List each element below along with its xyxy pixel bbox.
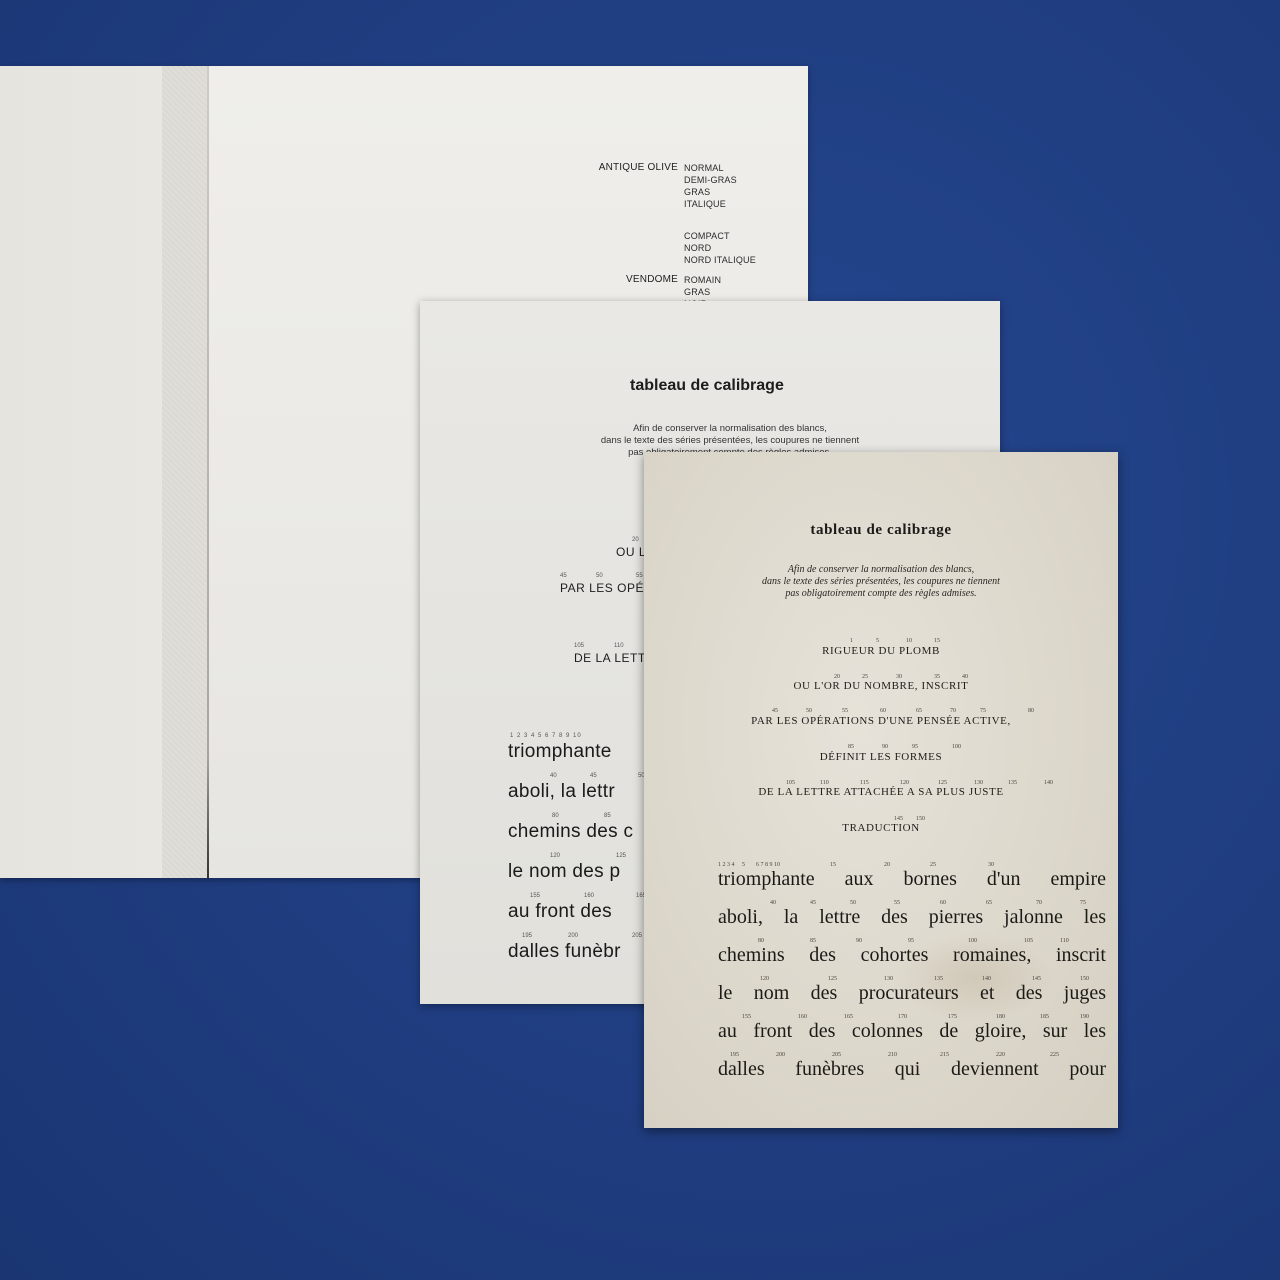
body-line: dalles funèbres qui deviennent pour (718, 1058, 1106, 1081)
count-number: 120 (550, 853, 560, 859)
count-number: 100 (952, 744, 961, 750)
specimen-list: ANTIQUE OLIVE NORMAL DEMI-GRAS GRAS ITAL… (580, 162, 756, 318)
count-number: 60 (880, 708, 886, 714)
count-number: 195 (522, 933, 532, 939)
body-line: dalles funèbr (508, 941, 621, 963)
binding-tape (162, 66, 208, 878)
count-number: 20 (632, 537, 639, 543)
calibration-sheet-serif: tableau de calibrage Afin de conserver l… (644, 452, 1118, 1128)
caps-line: DE LA LETTRE ATTACHÉE A SA PLUS JUSTE (644, 786, 1118, 798)
count-number: 160 (584, 893, 594, 899)
body-line: chemins des cohortes romaines, inscrit (718, 944, 1106, 967)
body-line: le nom des p (508, 861, 620, 883)
style-item: COMPACT (684, 230, 756, 242)
count-number: 75 (980, 708, 986, 714)
caps-line: TRADUCTION (644, 822, 1118, 834)
sheet-title: tableau de calibrage (644, 522, 1118, 539)
body-line: au front des colonnes de gloire, sur les (718, 1020, 1106, 1043)
count-number: 70 (950, 708, 956, 714)
count-number: 55 (842, 708, 848, 714)
body-line: triomphante aux bornes d'un empire (718, 868, 1106, 891)
count-number: 45 (590, 773, 597, 779)
count-number: 55 (636, 573, 643, 579)
count-number: 110 (614, 643, 624, 649)
count-number: 5 (876, 638, 879, 644)
body-line: triomphante (508, 741, 612, 763)
count-number: 125 (616, 853, 626, 859)
caps-line: PAR LES OPÉRATIONS D'UNE PENSÉE ACTIVE, (644, 715, 1118, 727)
count-number: 105 (574, 643, 584, 649)
style-item: NORD ITALIQUE (684, 254, 756, 266)
caps-line: PAR LES OPÉ (560, 581, 644, 595)
style-item: NORD (684, 242, 756, 254)
style-item: DEMI-GRAS (684, 174, 756, 186)
count-number: 200 (568, 933, 578, 939)
intro-line: Afin de conserver la normalisation des b… (460, 423, 1000, 435)
body-line: aboli, la lettre des pierres jalonne les (718, 906, 1106, 929)
count-number: 85 (848, 744, 854, 750)
caps-line: DE LA LETTR (574, 651, 655, 665)
count-number: 205 (632, 933, 642, 939)
count-number: 65 (916, 708, 922, 714)
count-number: 40 (550, 773, 557, 779)
count-number: 10 (906, 638, 912, 644)
specimen-antique-olive: ANTIQUE OLIVE NORMAL DEMI-GRAS GRAS ITAL… (580, 162, 756, 266)
count-number: 1 (850, 638, 853, 644)
body-line: chemins des c (508, 821, 633, 843)
style-item: NORMAL (684, 162, 756, 174)
count-number: 50 (806, 708, 812, 714)
caps-line: DÉFINIT LES FORMES (644, 751, 1118, 763)
style-item: GRAS (684, 286, 721, 298)
family-name: ANTIQUE OLIVE (580, 162, 684, 266)
count-number: 95 (912, 744, 918, 750)
body-line: aboli, la lettr (508, 781, 615, 803)
folder-fold (207, 66, 209, 878)
intro-line: pas obligatoirement compte des règles ad… (644, 588, 1118, 600)
intro-line: Afin de conserver la normalisation des b… (644, 564, 1118, 576)
count-number: 50 (596, 573, 603, 579)
style-item: GRAS (684, 186, 756, 198)
style-item: ROMAIN (684, 274, 721, 286)
count-number: 45 (560, 573, 567, 579)
count-number: 1 2 3 4 5 6 7 8 9 10 (510, 733, 582, 739)
count-number: 85 (604, 813, 611, 819)
count-number: 80 (1028, 708, 1034, 714)
count-number: 45 (772, 708, 778, 714)
count-number: 15 (934, 638, 940, 644)
caps-line: RIGUEUR DU PLOMB (644, 645, 1118, 657)
caps-line: OU L'OR DU NOMBRE, INSCRIT (644, 680, 1118, 692)
body-line: au front des (508, 901, 612, 923)
sheet-title: tableau de calibrage (630, 377, 784, 395)
sheet-intro: Afin de conserver la normalisation des b… (644, 564, 1118, 600)
intro-line: dans le texte des séries présentées, les… (460, 435, 1000, 447)
intro-line: dans le texte des séries présentées, les… (644, 576, 1118, 588)
count-number: 90 (882, 744, 888, 750)
count-number: 155 (530, 893, 540, 899)
body-line: le nom des procurateurs et des juges (718, 982, 1106, 1005)
count-number: 80 (552, 813, 559, 819)
style-item: ITALIQUE (684, 198, 756, 210)
